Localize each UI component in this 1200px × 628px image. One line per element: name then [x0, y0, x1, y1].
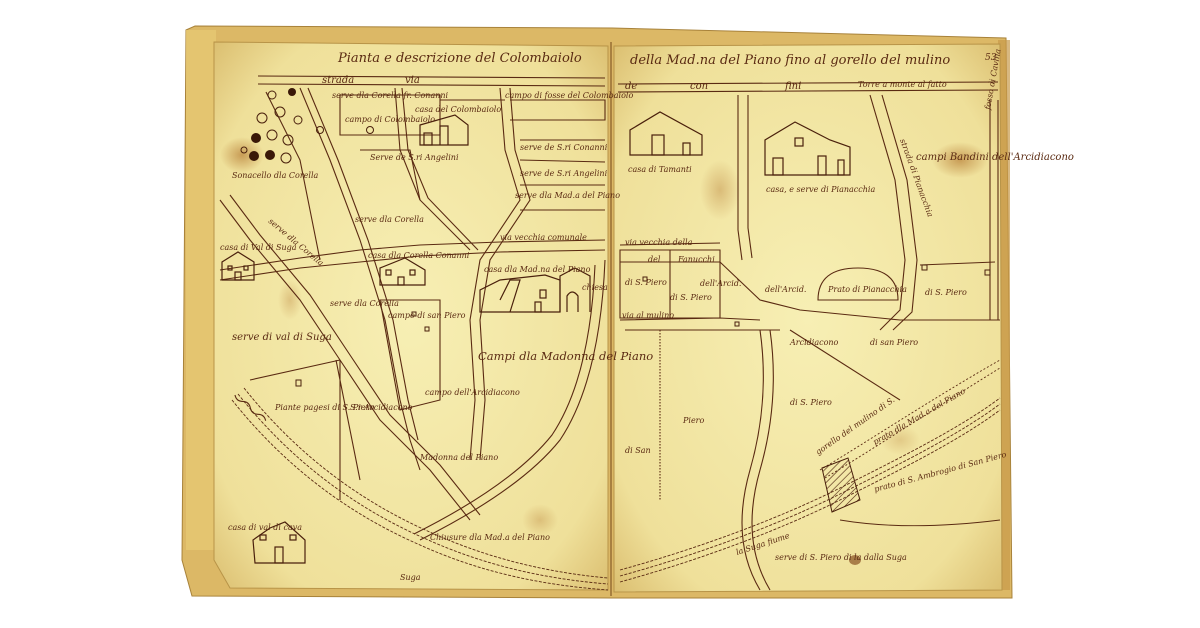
label-chiesa: chiesa [582, 283, 608, 292]
title-right: della Mad.na del Piano fino al gorello d… [630, 53, 950, 68]
label-serve-corella-mid: serve dla Corella [355, 215, 424, 224]
label-piero: Piero [682, 416, 705, 425]
label-serve-s-piero-suga: serve di S. Piero di la dalla Suga [775, 553, 907, 562]
label-campo-san-piero: campo di san Piero [388, 311, 466, 320]
label-strada-vecchia-right: via vecchia della [625, 238, 693, 247]
manuscript-map: 53 Pianta e descrizione del Colombaiolo … [0, 0, 1200, 628]
label-campo-arcidiacono: campo dell'Arcidiacono [425, 388, 520, 397]
title-left: Pianta e descrizione del Colombaiolo [337, 51, 582, 66]
label-chiusure-madonna: Chiusure dla Mad.a del Piano [430, 533, 550, 542]
label-serve-corella-top: serve dla Corella fr. Conanni [332, 91, 449, 100]
label-top-road-right-4: Torre a monte al fatto [858, 80, 947, 89]
label-di-s-piero-3: di S. Piero [925, 288, 967, 297]
label-orchard: Sonacello dla Corella [232, 171, 319, 180]
label-campo-colombaiolo: campo di Colombaiolo [345, 115, 435, 124]
label-casa-colombaiolo: casa del Colombaiolo [415, 105, 501, 114]
label-suga-left: Suga [400, 573, 421, 582]
label-prato-pianacchia: Prato di Pianacchia [827, 285, 907, 294]
label-campi-madonna: Campi dla Madonna del Piano [478, 349, 653, 363]
label-serve-madonna: serve dla Mad.a del Piano [515, 191, 620, 200]
label-casa-madonna: casa dla Mad.na del Piano [484, 265, 591, 274]
label-campi-bandini: campi Bandini dell'Arcidiacono [916, 152, 1074, 163]
label-serve-corella-low: serve dla Corella [330, 299, 399, 308]
label-serve-angelini-2: serve de S.ri Angelini [520, 169, 608, 178]
label-top-road-mid: via [405, 75, 420, 86]
label-casa-val-di-cava: casa di val di cava [228, 523, 302, 532]
label-campo-fosse: campo di fosse del Colombaiolo [505, 91, 633, 100]
label-di-san: di San [625, 446, 651, 455]
label-casa-corella: casa dla Corella Conanni [368, 251, 470, 260]
label-serve-angelini-1: Serve de S.ri Angelini [370, 153, 459, 162]
label-casa-tamanti: casa di Tamanti [628, 165, 692, 174]
label-top-road-right-3: fini [784, 81, 801, 92]
label-top-road-left: strada [322, 75, 354, 86]
label-madonna-piano-small: Madonna del Piano [419, 453, 498, 462]
label-strada-vecchia: via vecchia comunale [500, 233, 587, 242]
label-dell-arcid: dell'Arcid. [700, 279, 741, 288]
label-serve-val-di-suga: serve di val di Suga [232, 332, 332, 343]
label-arcidiacono-left: S.r Arcidiacono [350, 403, 413, 412]
label-casa-pianacchia: casa, e serve di Pianacchia [766, 185, 875, 194]
label-top-road-right-2: con [690, 81, 708, 92]
label-di-s-piero-1: di S. Piero [625, 278, 667, 287]
label-di-s-piero-4: di S. Piero [790, 398, 832, 407]
map-canvas: 53 Pianta e descrizione del Colombaiolo … [0, 0, 1200, 628]
label-di-s-piero-2: di S. Piero [670, 293, 712, 302]
label-casa-val-di-suga: casa di Val di Suga [220, 243, 297, 252]
label-via-mulino: via al mulino [622, 311, 674, 320]
label-arcidiacono-right: Arcidiacono [789, 338, 839, 347]
label-fanucchi: Fanucchi [677, 255, 715, 264]
label-dell-arcid-2: dell'Arcid. [765, 285, 806, 294]
label-del: del [648, 255, 661, 264]
label-di-san-piero: di san Piero [870, 338, 918, 347]
label-serve-conanni: serve de S.ri Conanni [520, 143, 608, 152]
